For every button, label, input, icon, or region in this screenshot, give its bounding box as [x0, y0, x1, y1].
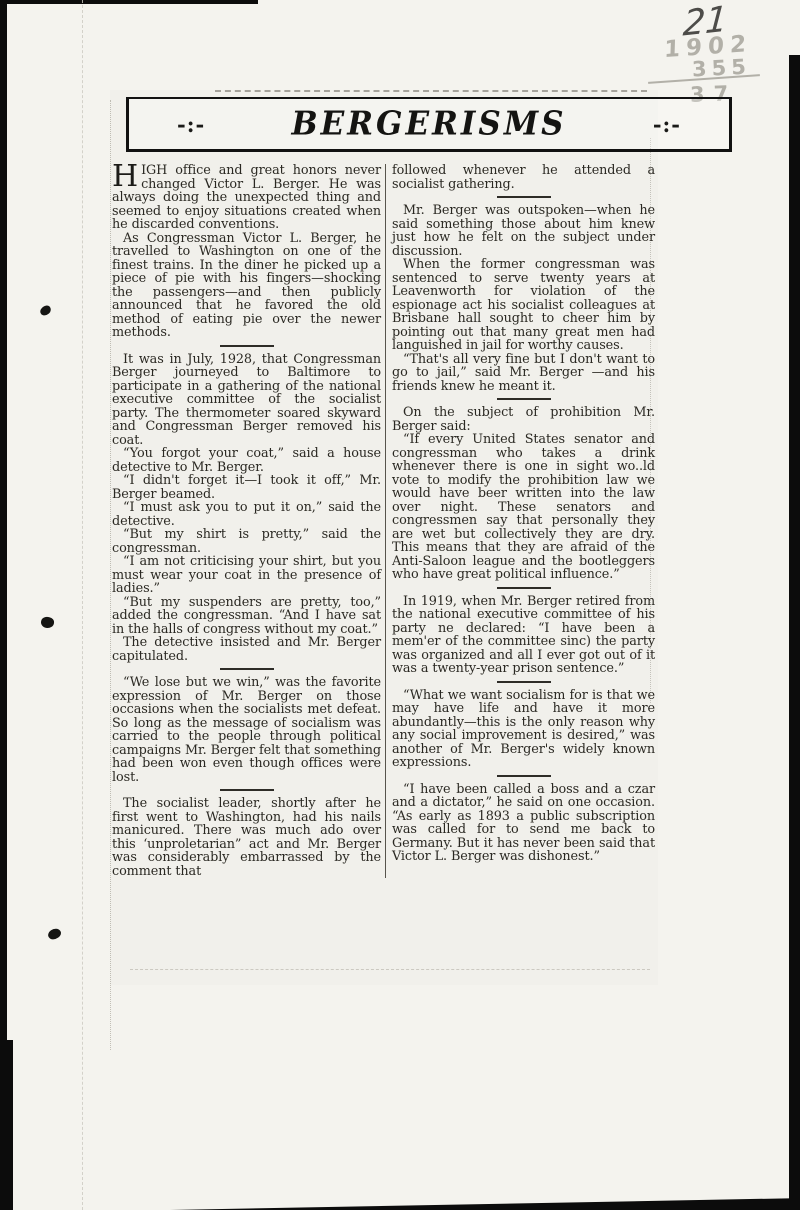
article-paragraph: HIGH office and great honors never chang…: [112, 164, 381, 232]
newspaper-clipping: -:- BERGERISMS -:- HIGH office and great…: [110, 90, 658, 985]
article-paragraph: In 1919, when Mr. Berger retired from th…: [392, 595, 655, 676]
scan-edge-left-bottom: [0, 1040, 13, 1210]
article-paragraph: It was in July, 1928, that Congressman B…: [112, 353, 381, 448]
paper-fold-line: [82, 0, 83, 1210]
headline-ornament-left: -:-: [177, 112, 205, 137]
article-columns: HIGH office and great honors never chang…: [112, 164, 657, 878]
scan-edge-top: [0, 0, 258, 4]
article-paragraph: Mr. Berger was outspoken—when he said so…: [392, 204, 655, 258]
headline-box: -:- BERGERISMS -:-: [126, 97, 732, 152]
section-divider-rule: [497, 681, 551, 683]
article-paragraph: The socialist leader, shortly after he f…: [112, 797, 381, 878]
article-paragraph: “But my suspenders are pretty, too,” add…: [112, 596, 381, 637]
article-paragraph: When the former congressman was sentence…: [392, 258, 655, 353]
article-paragraph: “I have been called a boss and a czar an…: [392, 783, 655, 864]
article-column-1: HIGH office and great honors never chang…: [112, 164, 386, 878]
ink-blob: [39, 304, 52, 316]
headline-ornament-right: -:-: [653, 112, 681, 137]
section-divider-rule: [497, 775, 551, 777]
scanned-newspaper-page: 21 1902 355 37 -:- BERGERISMS -:- HIGH o…: [0, 0, 800, 1210]
drop-cap-letter: H: [112, 164, 141, 189]
section-divider-rule: [497, 196, 551, 198]
ink-blob: [46, 926, 62, 942]
article-paragraph: “I must ask you to put it on,” said the …: [112, 501, 381, 528]
article-paragraph: “We lose but we win,” was the favorite e…: [112, 676, 381, 784]
article-paragraph: As Congressman Victor L. Berger, he trav…: [112, 232, 381, 340]
article-paragraph: “I am not criticising your shirt, but yo…: [112, 555, 381, 596]
scan-edge-bottom: [170, 1196, 800, 1210]
section-divider-rule: [220, 345, 274, 347]
ink-blob: [40, 616, 55, 629]
article-paragraph: “If every United States senator and cong…: [392, 433, 655, 582]
pencil-code-line-2: 355: [691, 54, 751, 81]
article-paragraph: “You forgot your coat,” said a house det…: [112, 447, 381, 474]
scan-edge-left: [0, 0, 7, 1210]
article-paragraph: “I didn't forget it—I took it off,” Mr. …: [112, 474, 381, 501]
article-paragraph: “That's all very fine but I don't want t…: [392, 353, 655, 394]
article-paragraph: “What we want socialism for is that we m…: [392, 689, 655, 770]
section-divider-rule: [220, 789, 274, 791]
section-divider-rule: [497, 587, 551, 589]
article-paragraph: “But my shirt is pretty,” said the congr…: [112, 528, 381, 555]
section-divider-rule: [497, 398, 551, 400]
article-paragraph: followed whenever he attended a socialis…: [392, 164, 655, 191]
article-column-2: followed whenever he attended a socialis…: [386, 164, 655, 878]
article-paragraph: On the subject of prohibition Mr. Berger…: [392, 406, 655, 433]
section-divider-rule: [220, 668, 274, 670]
article-paragraph: The detective insisted and Mr. Berger ca…: [112, 636, 381, 663]
scan-edge-right: [789, 55, 800, 1210]
article-title: BERGERISMS: [291, 105, 566, 143]
